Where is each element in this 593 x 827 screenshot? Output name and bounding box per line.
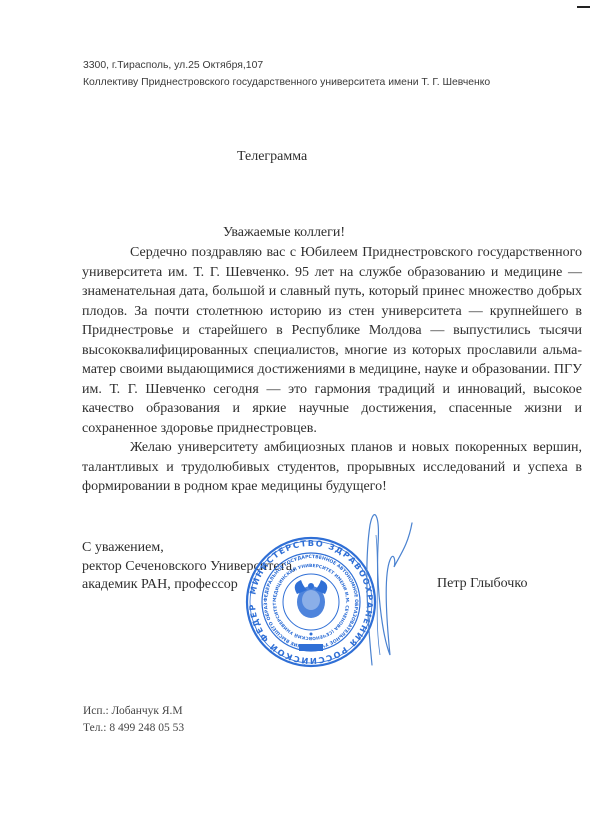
- scan-corner-mark: [577, 6, 590, 8]
- address-line: 3300, г.Тирасполь, ул.25 Октября,107: [83, 60, 263, 71]
- document-title: Телеграмма: [237, 149, 307, 165]
- greeting: Уважаемые коллеги!: [223, 225, 345, 241]
- signer-name: Петр Глыбочко: [437, 576, 527, 592]
- letter-page: 3300, г.Тирасполь, ул.25 Октября,107 Кол…: [0, 0, 593, 827]
- footer-contacts: Исп.: Лобанчук Я.М Тел.: 8 499 248 05 53: [83, 703, 184, 736]
- executor-line: Исп.: Лобанчук Я.М: [83, 703, 184, 720]
- paragraph-congratulation: Сердечно поздравляю вас с Юбилеем Придне…: [82, 243, 582, 438]
- letter-body: Сердечно поздравляю вас с Юбилеем Придне…: [82, 243, 582, 497]
- recipient-line: Коллективу Приднестровского государствен…: [83, 77, 490, 88]
- handwritten-signature-icon: [350, 505, 420, 670]
- phone-line: Тел.: 8 499 248 05 53: [83, 720, 184, 737]
- paragraph-wishes: Желаю университету амбициозных планов и …: [82, 438, 582, 497]
